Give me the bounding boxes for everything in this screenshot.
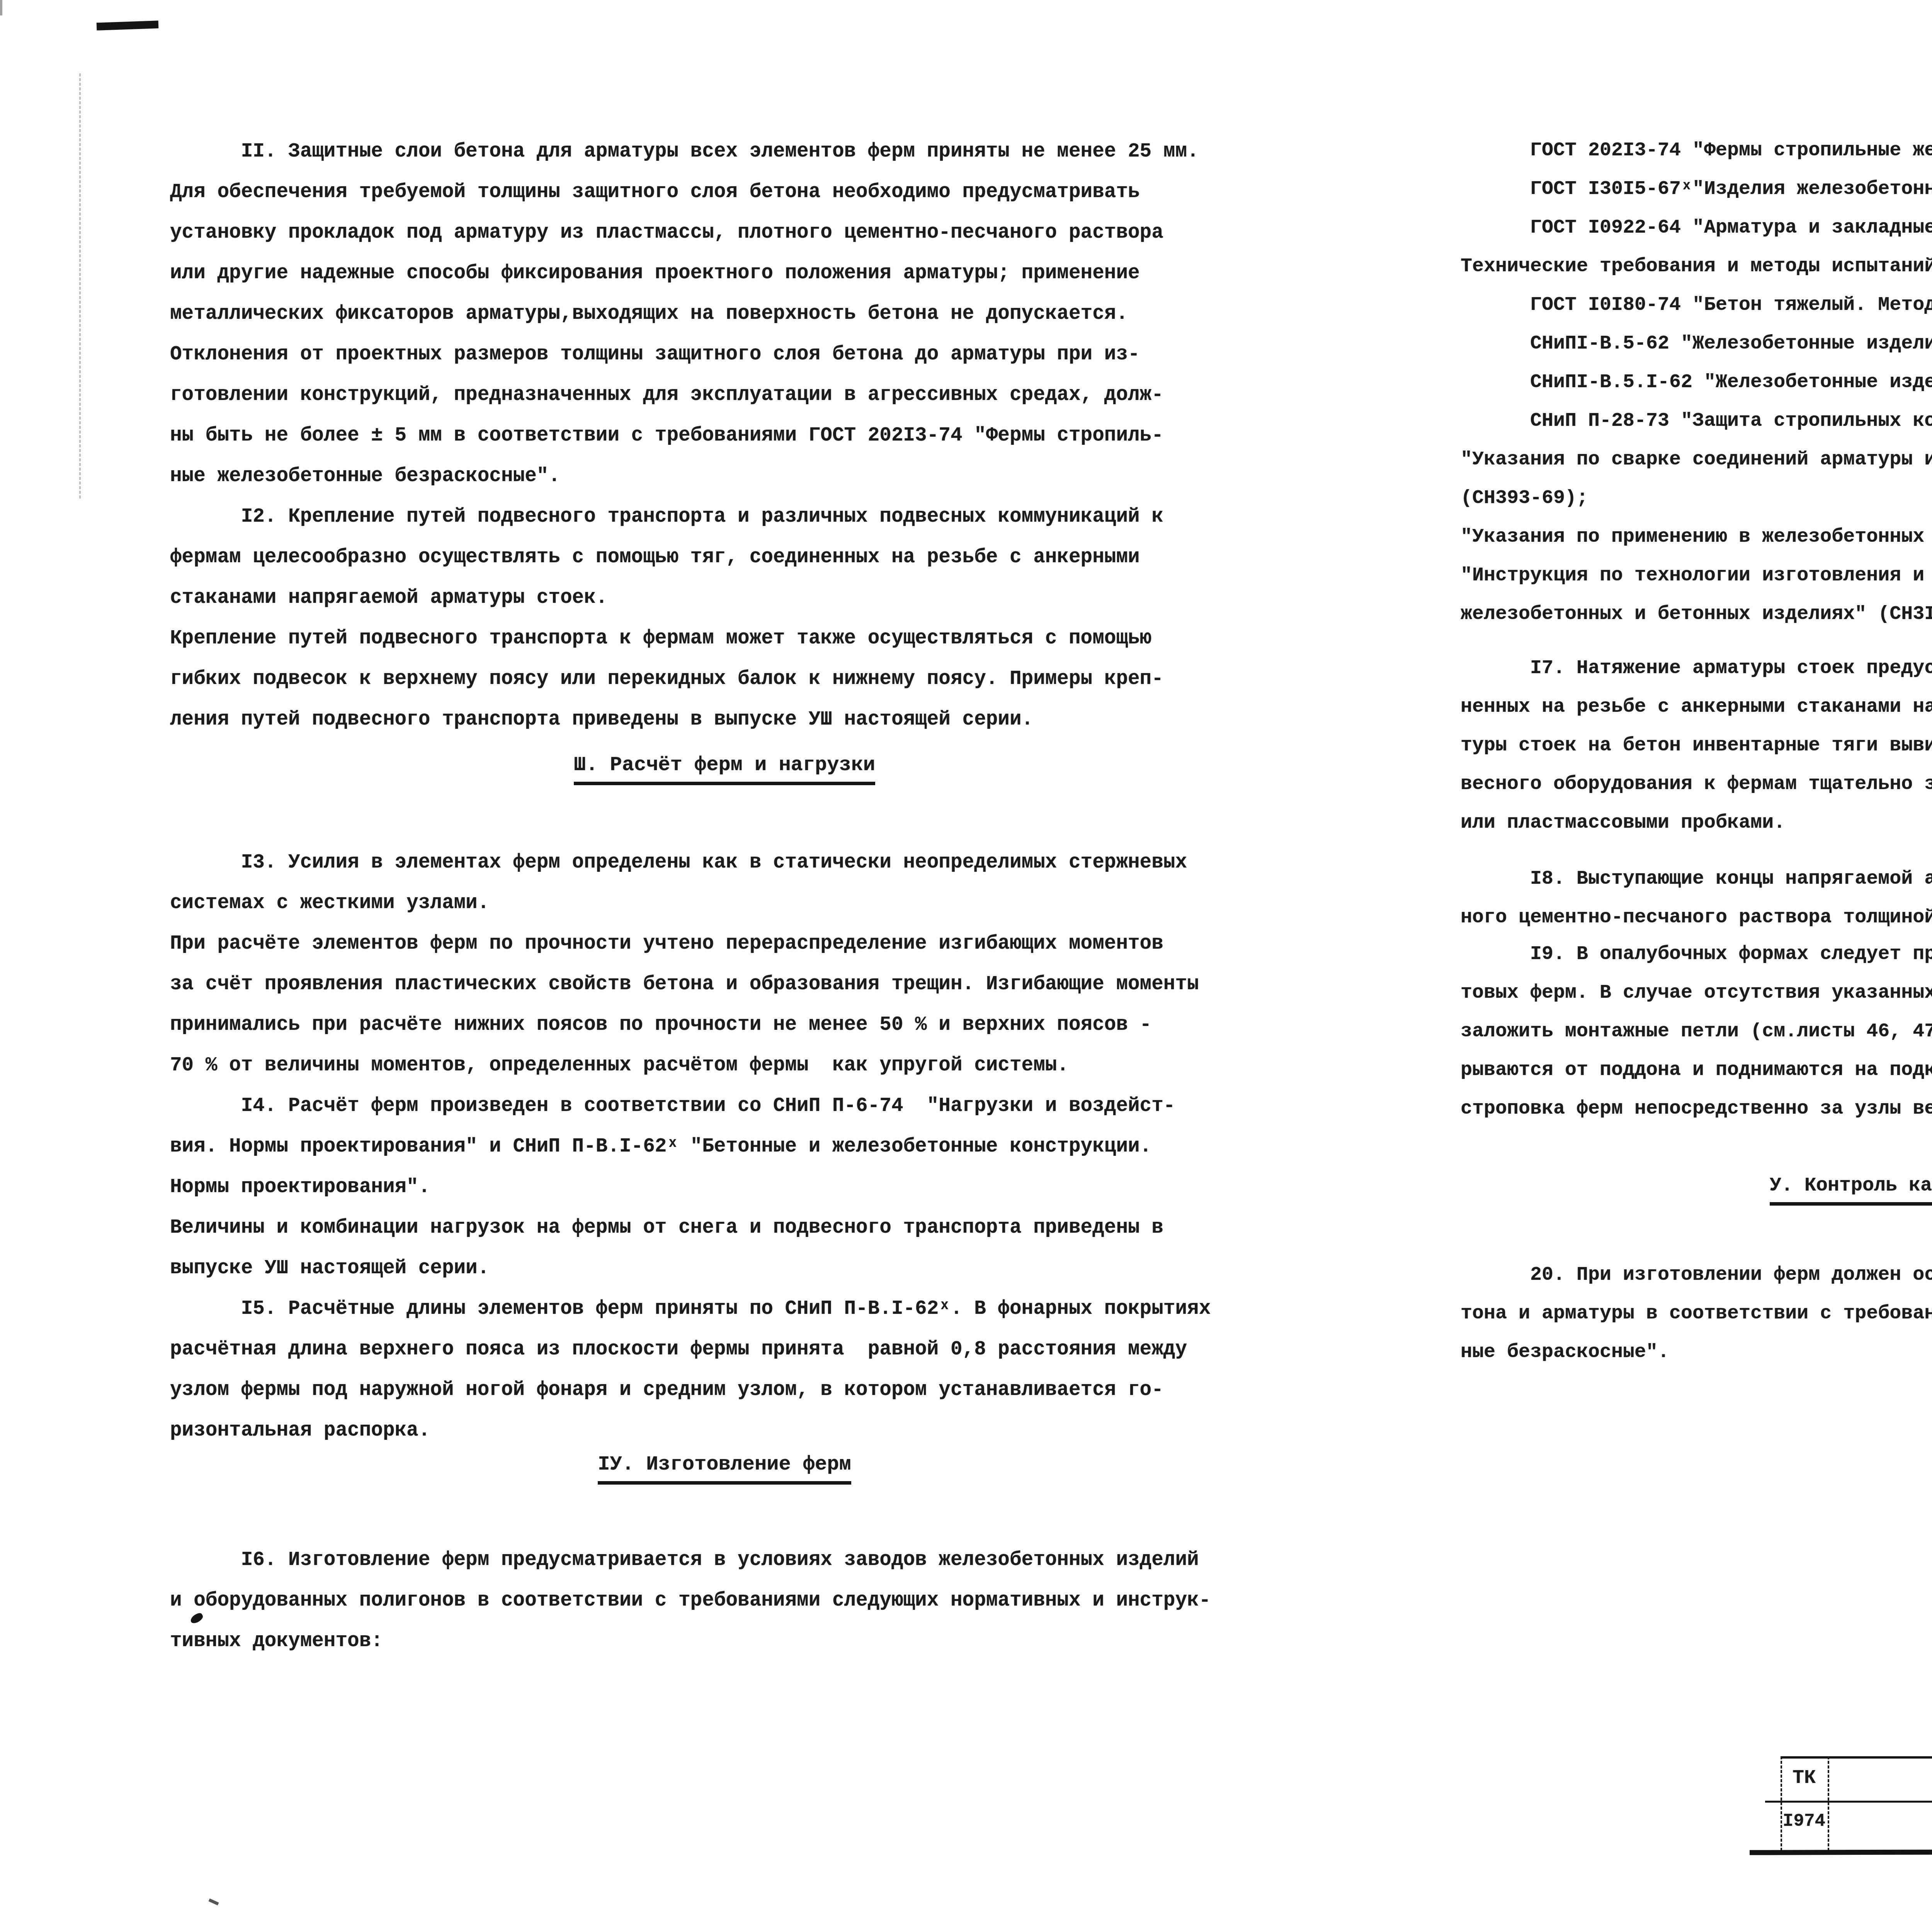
paragraph-14: I4. Расчёт ферм произведен в соответстви… (170, 1086, 1279, 1289)
ink-speck (208, 1898, 219, 1905)
title-block-bottom-border (1750, 1848, 1932, 1855)
paragraph-18: I8. Выступающие концы напрягаемой армату… (1461, 860, 1932, 937)
title-block-document-title: ПОЯСНИТЕЛЬНАЯ ЗАПИСКА (1828, 1812, 1932, 1833)
paragraph-12: I2. Крепление путей подвесного транспорт… (170, 497, 1279, 740)
title-block-project-title: Фермы пролётом I8 и 24 м (1828, 1768, 1932, 1790)
paragraph-16: I6. Изготовление ферм предусматривается … (170, 1540, 1279, 1662)
ink-mark-top-left (97, 20, 159, 31)
section-heading-iv-manufacturing: IУ. Изготовление ферм (170, 1453, 1279, 1485)
paragraph-19: I9. В опалубочных формах следует предусм… (1461, 935, 1932, 1128)
ink-speck (0, 0, 2, 15)
title-block-year: I974 (1778, 1811, 1830, 1831)
scanned-document-page: 4 II. Защитные слои бетона для арматуры … (0, 0, 1932, 1917)
paragraph-15: I5. Расчётные длины элементов ферм приня… (170, 1289, 1279, 1451)
title-block-top-border (1781, 1756, 1932, 1759)
title-block: ТК I974 Фермы пролётом I8 и 24 м ПОЯСНИТ… (1781, 1756, 1932, 1851)
paragraph-17: I7. Натяжение арматуры стоек предусмотре… (1461, 649, 1932, 842)
section-heading-v-quality-control: У. Контроль качества изготовления и прие… (1461, 1175, 1932, 1206)
normative-document-list: ГОСТ 202I3-74 "Фермы стропильные железоб… (1461, 131, 1932, 634)
paragraph-13: I3. Усилия в элементах ферм определены к… (170, 842, 1279, 1086)
title-block-row-divider (1765, 1801, 1932, 1803)
section-heading-iii-calculation: Ш. Расчёт ферм и нагрузки (170, 754, 1279, 785)
left-margin-dash-line (79, 73, 81, 498)
paragraph-20: 20. При изготовлении ферм должен осущест… (1461, 1256, 1932, 1372)
title-block-org-code: ТК (1781, 1767, 1828, 1789)
paragraph-11: II. Защитные слои бетона для арматуры вс… (170, 131, 1279, 497)
